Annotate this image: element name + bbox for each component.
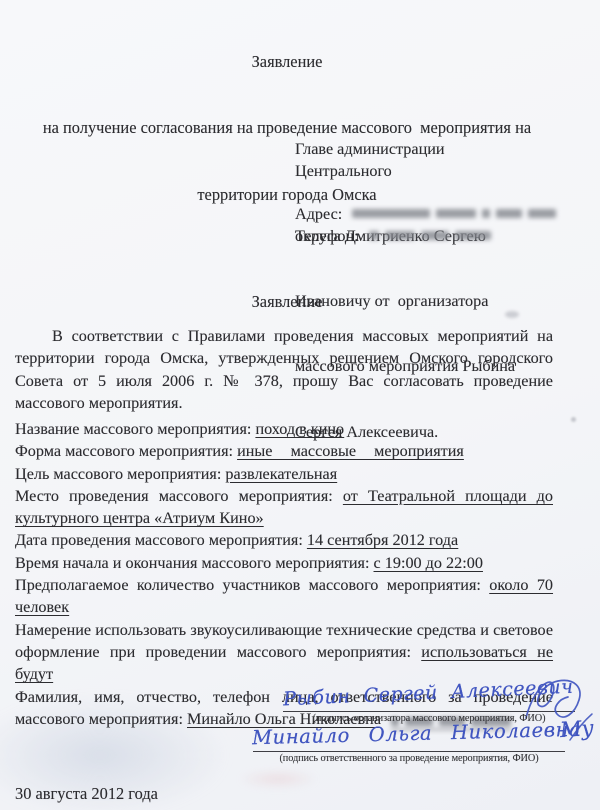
contact-block: Адрес: Телефон:: [295, 203, 556, 248]
responsible-signature-caption: (подпись ответственного за проведение ме…: [253, 753, 565, 764]
scanned-application-document: Заявление на получение согласования на п…: [0, 0, 600, 810]
field-event-name: Название массового мероприятия: поход в …: [15, 418, 553, 440]
document-date: 30 августа 2012 года: [15, 784, 158, 804]
field-sound-equipment: Намерение использовать звукоусиливающие …: [15, 619, 553, 686]
redacted-address-value: [352, 209, 556, 218]
field-event-place: Место проведения массового мероприятия: …: [15, 485, 553, 530]
field-event-date: Дата проведения массового мероприятия: 1…: [15, 529, 553, 551]
phone-row: Телефон:: [295, 225, 556, 247]
address-row: Адрес:: [295, 203, 556, 225]
signatures-block: Рыбин Сергей Алексеевич (подпись организ…: [250, 680, 595, 790]
scan-speck-2: [571, 417, 576, 422]
address-label: Адрес:: [295, 205, 342, 223]
field-participants-count: Предполагаемое количество участников мас…: [15, 574, 553, 619]
phone-label: Телефон:: [295, 227, 359, 245]
addressee-line: Главе администрации Центрального: [295, 139, 535, 182]
section-heading: Заявление: [0, 292, 574, 312]
field-event-time: Время начала и окончания массового мероп…: [15, 552, 553, 574]
redacted-phone-value: [369, 231, 491, 240]
field-event-form: Форма массового мероприятия: иные массов…: [15, 440, 553, 462]
intro-paragraph: В соответствии с Правилами проведения ма…: [15, 325, 553, 414]
field-event-goal: Цель массового мероприятия: развлекатель…: [15, 463, 553, 485]
title-line: Заявление: [0, 51, 574, 73]
responsible-signature-stroke-icon: [568, 712, 594, 742]
